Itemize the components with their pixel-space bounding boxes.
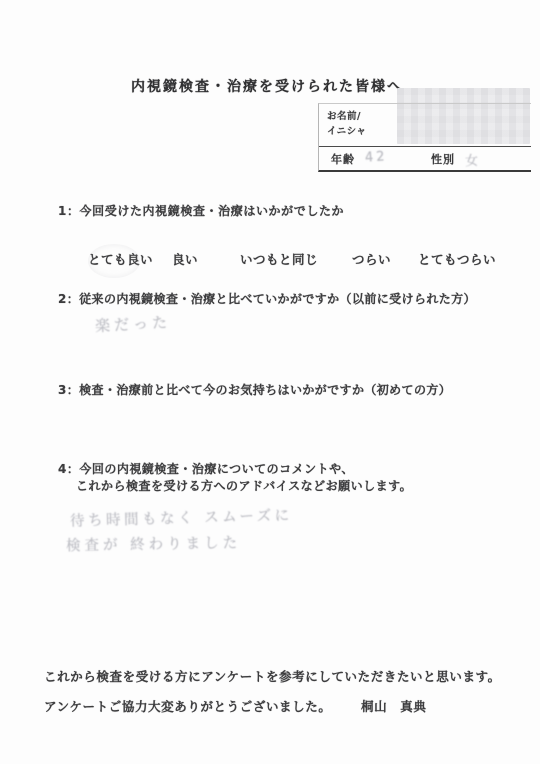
question-1-label: 1：今回受けた内視鏡検査・治療はいかがでしたか [58, 202, 344, 219]
name-label-line2: イニシャ [327, 125, 366, 138]
faint-pencil-smudge [88, 244, 140, 278]
option-totemo-tsurai: とてもつらい [418, 250, 496, 268]
questionnaire-scan-page: 内視鏡検査・治療を受けられた皆様へ お名前/ イニシャ 年齢 42 性別 女 1… [0, 0, 540, 764]
question-4-handwritten-answer-line2: 検査が 終わりました [66, 531, 241, 555]
question-4-label-line1: 4：今回の内視鏡検査・治療についてのコメントや、 [58, 460, 354, 477]
page-title: 内視鏡検査・治療を受けられた皆様へ [131, 76, 403, 96]
gender-label: 性別 [431, 151, 455, 167]
age-value-handwriting: 42 [365, 149, 389, 166]
question-3-label: 3：検査・治療前と比べて今のお気持ちはいかがですか（初めての方） [58, 381, 451, 398]
option-itsumo-to-onaji: いつもと同じ [240, 250, 318, 268]
option-tsurai: つらい [352, 250, 391, 268]
question-4-label-line2: これから検査を受ける方へのアドバイスなどお願いします。 [76, 477, 412, 494]
patient-info-box: お名前/ イニシャ 年齢 42 性別 女 [318, 103, 531, 172]
question-2-handwritten-answer: 楽だった [95, 311, 172, 336]
question-4-handwritten-answer-line1: 待ち時間もなく スムーズに [70, 504, 293, 531]
gender-value-handwriting: 女 [465, 150, 479, 170]
thanks-note: アンケートご協力大変ありがとうございました。 [44, 697, 331, 715]
age-label: 年齢 [331, 151, 355, 167]
signature: 桐山 真典 [361, 697, 427, 715]
footer-note: これから検査を受ける方にアンケートを参考にしていただきたいと思います。 [44, 667, 501, 685]
question-2-label: 2：従来の内視鏡検査・治療と比べていかがですか（以前に受けられた方） [58, 290, 476, 307]
option-yoi: 良い [172, 250, 198, 268]
info-box-divider [319, 146, 531, 147]
name-label-line1: お名前/ [327, 110, 361, 123]
